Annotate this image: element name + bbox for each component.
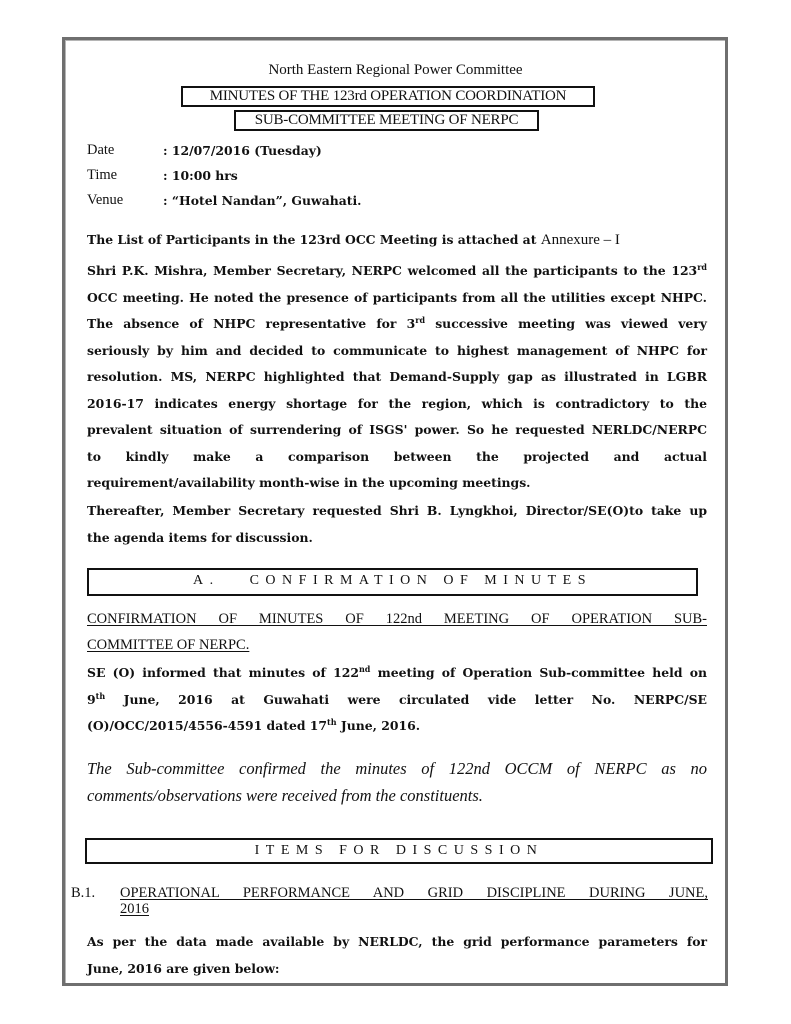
paragraph-line: requirement/availability month-wise in t… [87, 470, 707, 497]
confirmation-paragraph: The Sub-committee confirmed the minutes … [87, 755, 707, 809]
items-for-discussion-heading: ITEMS FOR DISCUSSION [85, 838, 713, 864]
paragraph-line: SE (O) informed that minutes of 122nd me… [87, 660, 707, 687]
annexure-link[interactable]: Annexure – I [541, 232, 620, 248]
b1-title-line: OPERATIONAL PERFORMANCE AND GRID DISCIPL… [120, 885, 708, 901]
meta-label: Time [87, 167, 117, 184]
agenda-paragraph: Thereafter, Member Secretary requested S… [87, 498, 707, 551]
b1-title: OPERATIONAL PERFORMANCE AND GRID DISCIPL… [120, 885, 708, 917]
subheading-line: COMMITTEE OF NERPC. [87, 632, 707, 658]
meta-label: Venue [87, 192, 123, 209]
b1-title-line: 2016 [120, 901, 708, 917]
section-a-heading: A. CONFIRMATION OF MINUTES [87, 568, 698, 596]
meta-value: : “Hotel Nandan”, Guwahati. [163, 193, 362, 208]
b1-body: As per the data made available by NERLDC… [87, 929, 707, 982]
organization-name: North Eastern Regional Power Committee [0, 62, 791, 79]
meta-value: : 12/07/2016 (Tuesday) [163, 143, 322, 158]
paragraph-line: Shri P.K. Mishra, Member Secretary, NERP… [87, 258, 707, 285]
document-title-line-1: MINUTES OF THE 123rd OPERATION COORDINAT… [181, 86, 595, 107]
paragraph-line: (O)/OCC/2015/4556-4591 dated 17th June, … [87, 713, 707, 740]
participants-note: The List of Participants in the 123rd OC… [87, 229, 620, 249]
paragraph-line: Thereafter, Member Secretary requested S… [87, 498, 707, 525]
meta-value: : 10:00 hrs [163, 168, 238, 183]
document-title-line-2: SUB-COMMITTEE MEETING OF NERPC [234, 110, 539, 131]
paragraph-line: OCC meeting. He noted the presence of pa… [87, 285, 707, 312]
paragraph-line: comments/observations were received from… [87, 782, 707, 809]
paragraph-line: prevalent situation of surrendering of I… [87, 417, 707, 444]
section-a-body: SE (O) informed that minutes of 122nd me… [87, 660, 707, 740]
paragraph-line: the agenda items for discussion. [87, 525, 707, 552]
paragraph-line: The absence of NHPC representative for 3… [87, 311, 707, 338]
paragraph-line: to kindly make a comparison between the … [87, 444, 707, 471]
paragraph-line: As per the data made available by NERLDC… [87, 929, 707, 956]
b1-number: B.1. [71, 885, 95, 902]
paragraph-line: seriously by him and decided to communic… [87, 338, 707, 365]
participants-note-text: The List of Participants in the 123rd OC… [87, 232, 541, 247]
section-a-subheading: CONFIRMATION OF MINUTES OF 122nd MEETING… [87, 606, 707, 658]
paragraph-line: June, 2016 are given below: [87, 956, 707, 983]
meta-label: Date [87, 142, 114, 159]
subheading-line: CONFIRMATION OF MINUTES OF 122nd MEETING… [87, 606, 707, 632]
paragraph-line: The Sub-committee confirmed the minutes … [87, 755, 707, 782]
paragraph-line: 9th June, 2016 at Guwahati were circulat… [87, 687, 707, 714]
opening-paragraph: Shri P.K. Mishra, Member Secretary, NERP… [87, 258, 707, 497]
paragraph-line: 2016-17 indicates energy shortage for th… [87, 391, 707, 418]
paragraph-line: resolution. MS, NERPC highlighted that D… [87, 364, 707, 391]
